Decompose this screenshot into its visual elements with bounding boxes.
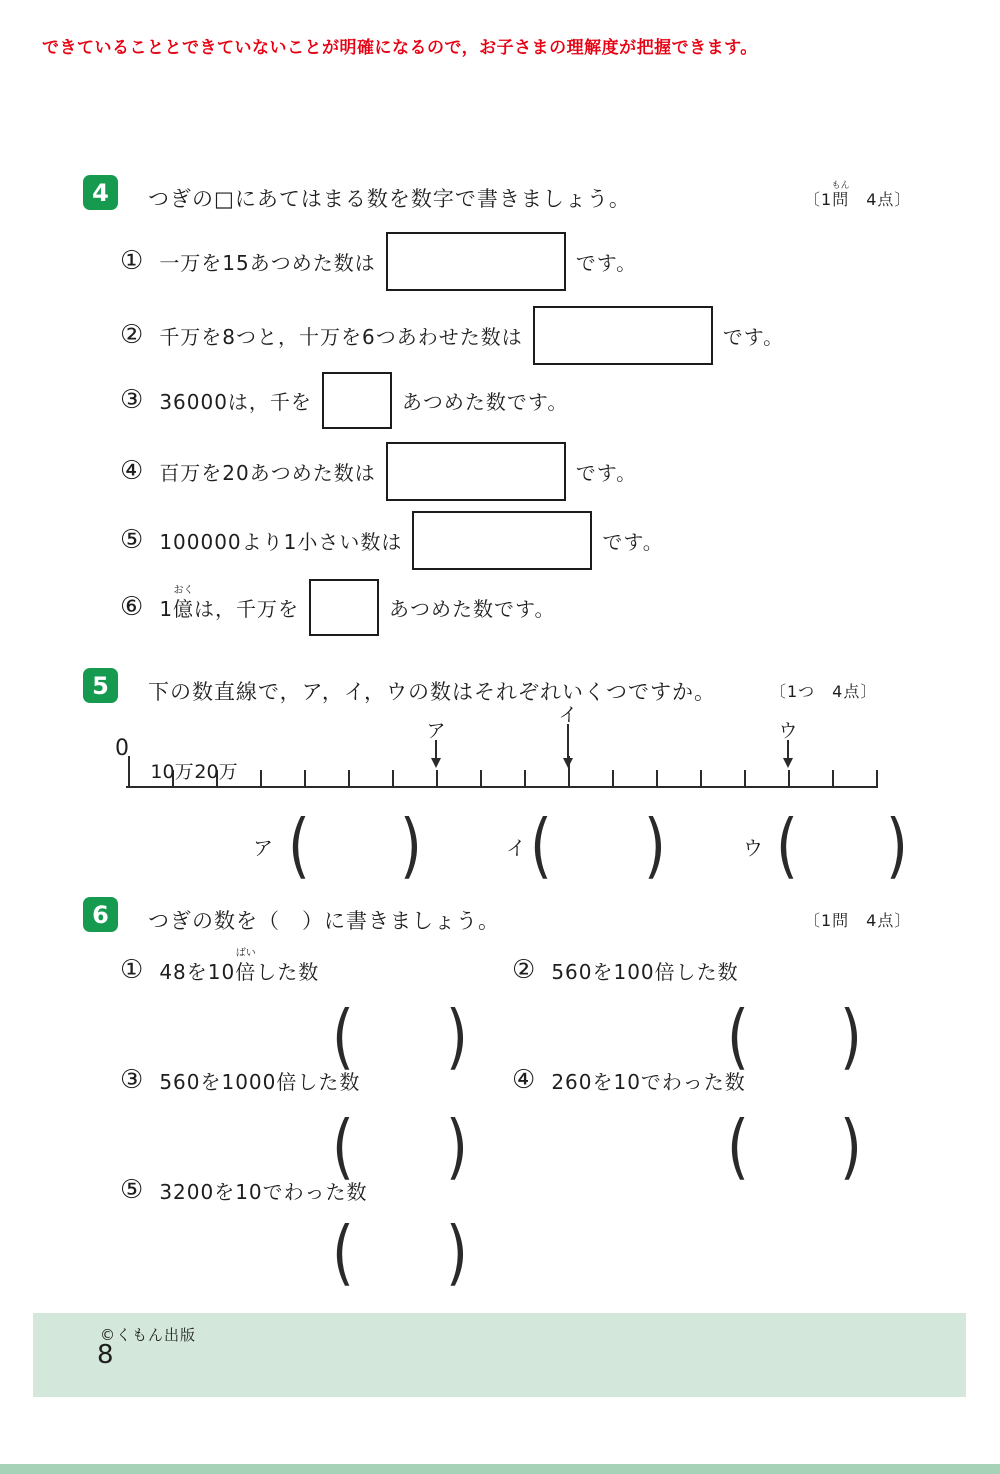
question-4-points: 〔1もん問 4点〕 (804, 187, 911, 210)
item-text: は，千万を (194, 597, 299, 621)
tick-mark (744, 770, 746, 786)
answer-box (309, 579, 379, 636)
q4-item-6: ⑥ 1おく億は，千万を あつめた数です。 (120, 572, 555, 642)
tick-mark (392, 770, 394, 786)
answer-box (322, 372, 392, 429)
q4-item-2: ② 千万を8つと，十万を6つあわせた数は です。 (120, 300, 784, 370)
answer-box (533, 306, 713, 365)
tick-mark (304, 770, 306, 786)
item-number: ⑥ (120, 592, 143, 622)
item-number: ③ (120, 1065, 143, 1095)
open-paren: ( (530, 812, 552, 882)
tick-mark (612, 770, 614, 786)
question-6-badge: 6 (83, 897, 118, 932)
tick-mark (436, 770, 438, 786)
item-number: ④ (512, 1065, 535, 1095)
q6-item-5: ⑤ 3200を10でわった数 (120, 1175, 367, 1205)
bottom-edge-strip (0, 1464, 1000, 1474)
tick-mark (524, 770, 526, 786)
arrow-label: ウ (778, 716, 797, 743)
question-4-prompt: つぎの□にあてはまる数を数字で書きましょう。 (148, 183, 631, 213)
open-paren: ( (727, 1113, 749, 1183)
item-text: 560を1000倍した数 (159, 1066, 360, 1095)
item-number: ⑤ (120, 1175, 143, 1205)
furigana: おく (174, 581, 194, 596)
page-number: 8 (97, 1340, 114, 1370)
q4-item-5: ⑤ 100000より1小さい数は です。 (120, 505, 664, 575)
q6-item-2: ② 560を100倍した数 (512, 955, 739, 985)
answer-label-a: ア (253, 832, 273, 861)
arrow-label: ア (426, 716, 445, 743)
item-text: 3200を10でわった数 (159, 1176, 367, 1205)
points-text: 〔1 (804, 190, 832, 209)
item-text: 560を100倍した数 (551, 956, 738, 985)
answer-label-i: イ (506, 832, 526, 861)
axis-origin-label: 0 (115, 736, 129, 761)
item-number: ② (512, 955, 535, 985)
furigana: ばい (236, 944, 256, 959)
answer-box (412, 511, 592, 570)
axis-scale-label: 10万 (150, 757, 193, 784)
close-paren: ) (886, 812, 908, 882)
item-text-after: です。 (723, 321, 784, 350)
q4-item-3: ③ 36000は，千を あつめた数です。 (120, 365, 568, 435)
item-text: 260を10でわった数 (551, 1066, 745, 1095)
item-text-after: あつめた数です。 (389, 593, 555, 622)
open-paren: ( (332, 1219, 354, 1289)
ruby-group: おく億 (173, 593, 194, 622)
tick-mark (832, 770, 834, 786)
item-number: ④ (120, 456, 143, 486)
down-arrow-icon (567, 724, 569, 758)
item-text-after: です。 (576, 457, 637, 486)
item-number: ⑤ (120, 525, 143, 555)
question-5-badge: 5 (83, 668, 118, 703)
question-5-points: 〔1つ 4点〕 (770, 679, 877, 702)
close-paren: ) (400, 812, 422, 882)
item-text-before: 1おく億は，千万を (159, 593, 299, 622)
item-number: ① (120, 955, 143, 985)
tick-mark (260, 770, 262, 786)
q4-item-1: ① 一万を15あつめた数は です。 (120, 226, 637, 296)
item-text-before: 百万を20あつめた数は (159, 457, 375, 486)
tick-mark (876, 770, 878, 786)
tick-mark (656, 770, 658, 786)
open-paren: ( (332, 1113, 354, 1183)
item-text-before: 100000より1小さい数は (159, 526, 402, 555)
number-line-axis (126, 786, 878, 788)
item-text-after: です。 (576, 247, 637, 276)
item-text: した数 (256, 960, 319, 984)
arrow-label: イ (558, 700, 577, 727)
question-6-points: 〔1問 4点〕 (804, 908, 911, 931)
answer-label-u: ウ (743, 832, 763, 861)
down-arrow-icon (435, 740, 437, 758)
down-arrow-icon (431, 758, 441, 768)
tick-mark (480, 770, 482, 786)
item-kanji: 億 (173, 597, 194, 621)
close-paren: ) (446, 1113, 468, 1183)
open-paren: ( (332, 1003, 354, 1073)
item-kanji: 倍 (235, 960, 256, 984)
item-number: ③ (120, 385, 143, 415)
q6-item-3: ③ 560を1000倍した数 (120, 1065, 360, 1095)
question-4-badge: 4 (83, 175, 118, 210)
open-paren: ( (727, 1003, 749, 1073)
close-paren: ) (644, 812, 666, 882)
item-text-after: あつめた数です。 (402, 386, 568, 415)
item-text-before: 一万を15あつめた数は (159, 247, 375, 276)
tick-mark (700, 770, 702, 786)
parent-note: できていることとできていないことが明確になるので，お子さまの理解度が把握できます… (42, 33, 758, 58)
close-paren: ) (446, 1219, 468, 1289)
points-text: 4点〕 (849, 190, 911, 209)
tick-mark (348, 770, 350, 786)
footer-band: ©くもん出版 8 (33, 1313, 966, 1397)
item-text-after: です。 (602, 526, 663, 555)
points-kanji: 問 (832, 190, 849, 209)
item-text-before: 36000は，千を (159, 386, 312, 415)
close-paren: ) (840, 1113, 862, 1183)
answer-box (386, 442, 566, 501)
answer-box (386, 232, 566, 291)
q4-item-4: ④ 百万を20あつめた数は です。 (120, 436, 637, 506)
item-text: 48を10ばい倍した数 (159, 956, 319, 985)
tick-mark (788, 770, 790, 786)
down-arrow-icon (563, 758, 573, 768)
copyright-text: ©くもん出版 (100, 1324, 196, 1345)
item-text: 1 (159, 597, 173, 621)
item-text-before: 千万を8つと，十万を6つあわせた数は (159, 321, 522, 350)
axis-scale-label: 20万 (194, 757, 237, 784)
down-arrow-icon (787, 740, 789, 758)
open-paren: ( (776, 812, 798, 882)
furigana: もん (832, 178, 850, 191)
q6-item-1: ① 48を10ばい倍した数 (120, 955, 319, 985)
question-5-prompt: 下の数直線で，ア，イ，ウの数はそれぞれいくつですか。 (148, 676, 716, 706)
question-6-prompt: つぎの数を（ ）に書きましょう。 (148, 905, 500, 935)
item-text: 48を10 (159, 960, 235, 984)
close-paren: ) (446, 1003, 468, 1073)
close-paren: ) (840, 1003, 862, 1073)
ruby-group: ばい倍 (235, 956, 256, 985)
item-number: ② (120, 320, 143, 350)
down-arrow-icon (783, 758, 793, 768)
worksheet-page: できていることとできていないことが明確になるので，お子さまの理解度が把握できます… (0, 0, 1000, 1474)
open-paren: ( (288, 812, 310, 882)
q6-item-4: ④ 260を10でわった数 (512, 1065, 746, 1095)
ruby-group: もん問 (832, 187, 849, 210)
item-number: ① (120, 246, 143, 276)
